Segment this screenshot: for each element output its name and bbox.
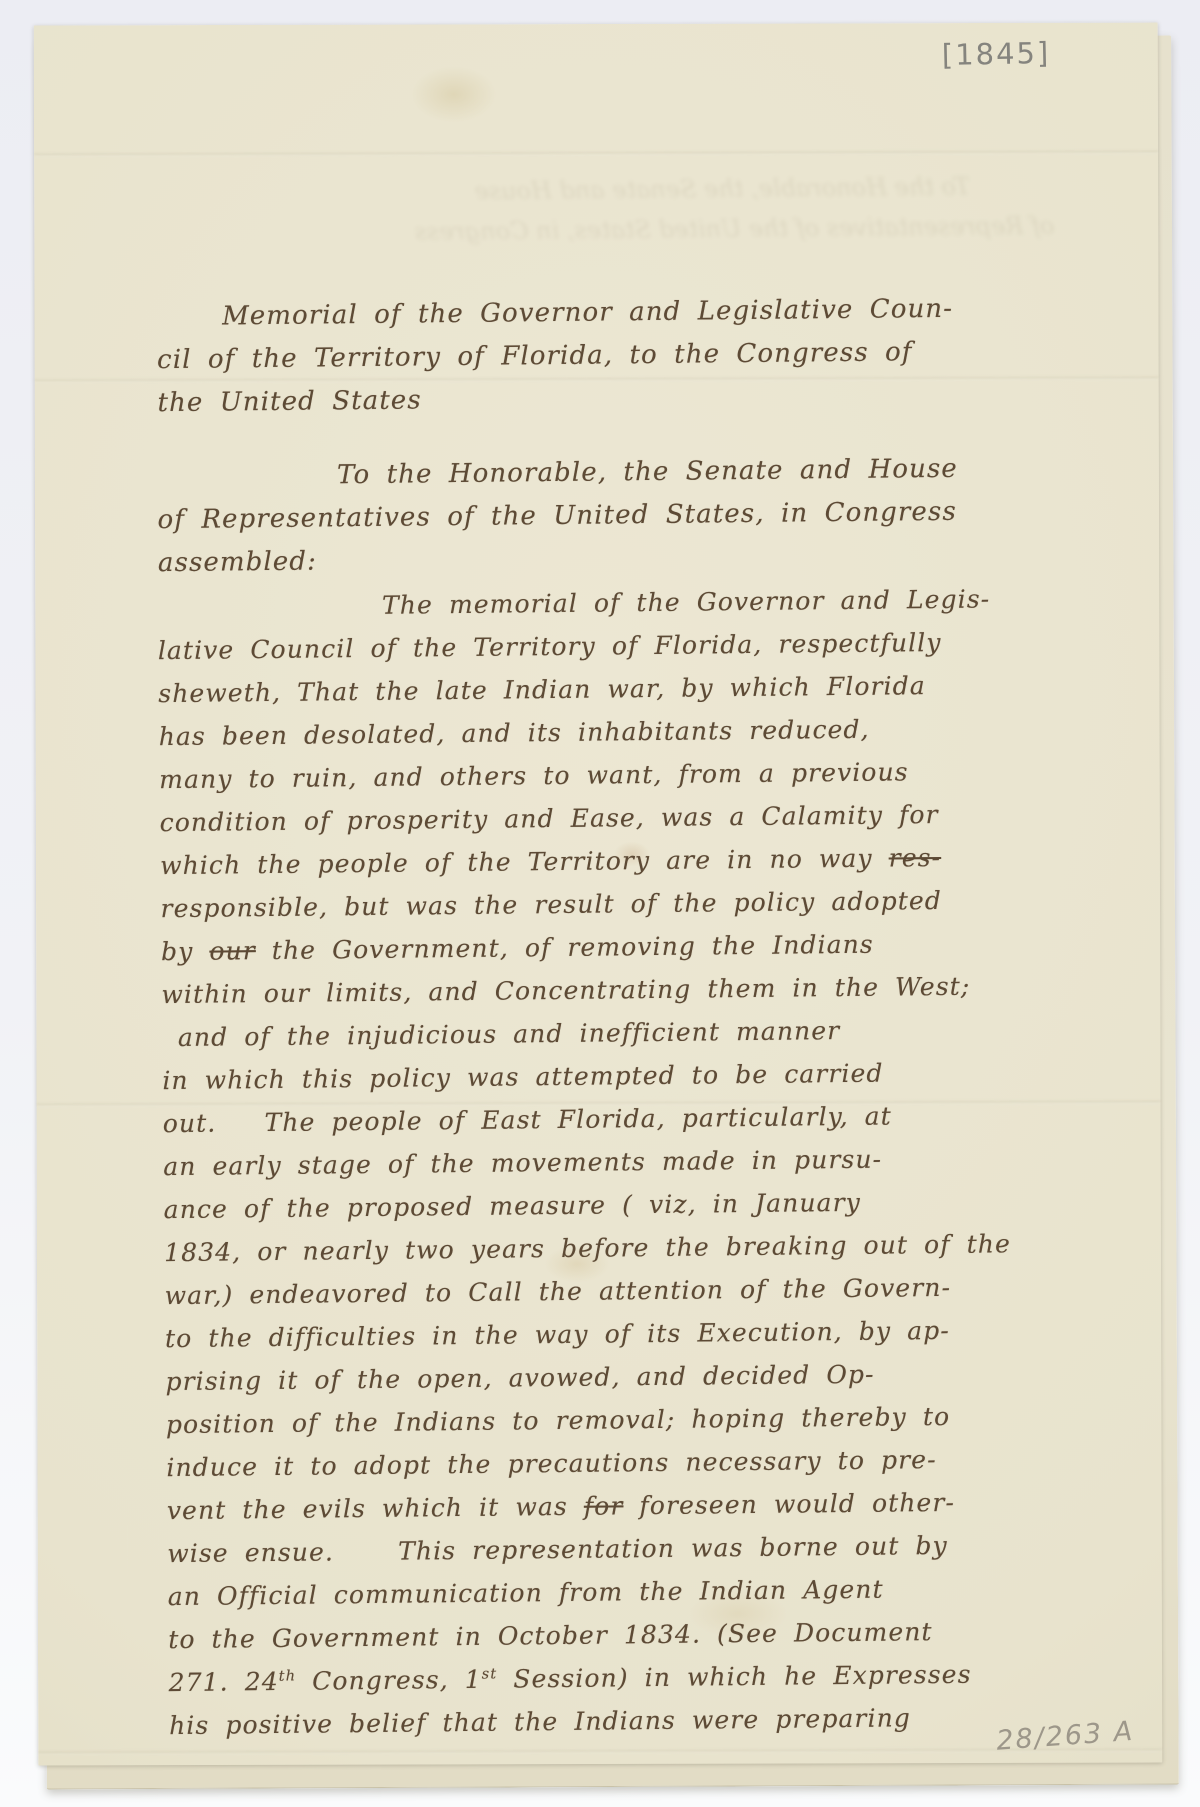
manuscript-line: his positive belief that the Indians wer… [169,1694,1129,1747]
pencil-year-annotation: [1845] [941,36,1050,72]
manuscript-line: the United States [157,372,1117,425]
ink-bleed-through: To the Honorable, the Senate and House o… [154,166,1055,255]
scan-photo-background: To the Honorable, the Senate and House o… [0,0,1200,1807]
document-title: Memorial of the Governor and Legislative… [156,286,1117,425]
paper-crease [38,1749,1162,1755]
document-body: The memorial of the Governor and Legis-l… [157,576,1129,1747]
document-salutation: To the Honorable, the Senate and Houseof… [157,446,1118,585]
paper-crease [34,151,1158,157]
manuscript-page: To the Honorable, the Senate and House o… [34,23,1163,1766]
